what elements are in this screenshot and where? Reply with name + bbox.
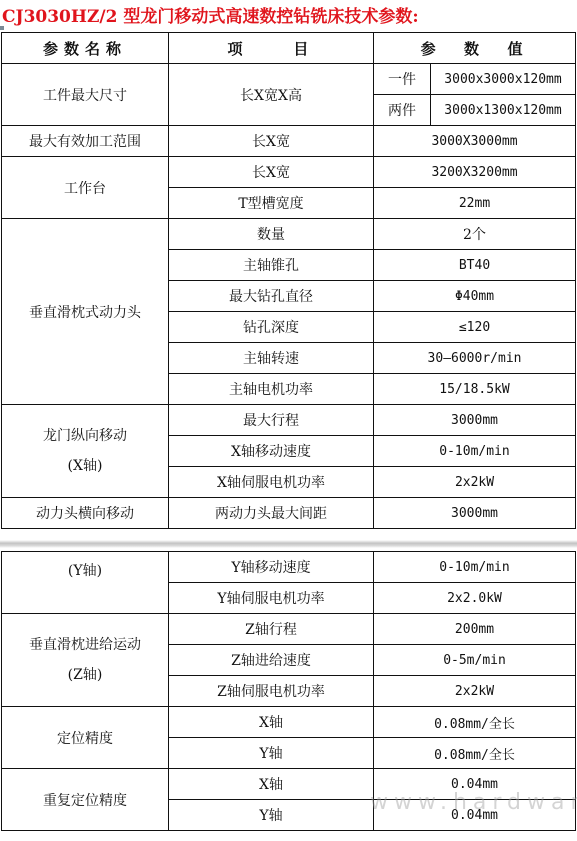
param-item: X轴伺服电机功率 — [169, 467, 374, 498]
param-value: 200mm — [374, 614, 576, 645]
param-name-line1: 龙门纵向移动 — [2, 421, 168, 451]
param-item: 主轴转速 — [169, 343, 374, 374]
sub-label: 两件 — [374, 95, 431, 126]
param-name: 垂直滑枕进给运动 (Z轴) — [2, 614, 169, 707]
param-value: 3000mm — [374, 405, 576, 436]
param-value: 0.04mm — [374, 800, 576, 831]
param-value: 22mm — [374, 188, 576, 219]
param-item: Z轴伺服电机功率 — [169, 676, 374, 707]
table-row: 工作台 长X宽 3200X3200mm — [2, 157, 576, 188]
table-row: 定位精度 X轴 0.08mm/全长 — [2, 707, 576, 738]
param-item: 长X宽 — [169, 126, 374, 157]
header-param-name: 参数名称 — [2, 33, 169, 64]
param-item: Z轴行程 — [169, 614, 374, 645]
param-name: 动力头横向移动 — [2, 498, 169, 529]
param-value: 0.08mm/全长 — [374, 707, 576, 738]
param-item: X轴 — [169, 769, 374, 800]
param-value: 2x2kW — [374, 676, 576, 707]
param-item: 长X宽X高 — [169, 64, 374, 126]
param-item: Y轴伺服电机功率 — [169, 583, 374, 614]
param-item: Y轴 — [169, 738, 374, 769]
table-row: 垂直滑枕进给运动 (Z轴) Z轴行程 200mm — [2, 614, 576, 645]
table-row: 龙门纵向移动 (X轴) 最大行程 3000mm — [2, 405, 576, 436]
table-header: 参数名称 项 目 参 数 值 — [2, 33, 576, 64]
param-name: 最大有效加工范围 — [2, 126, 169, 157]
param-item: Y轴 — [169, 800, 374, 831]
param-item: 主轴锥孔 — [169, 250, 374, 281]
param-value: Φ40mm — [374, 281, 576, 312]
param-name: 工作台 — [2, 157, 169, 219]
table-row: 动力头横向移动 两动力头最大间距 3000mm — [2, 498, 576, 529]
param-value: 3000mm — [374, 498, 576, 529]
param-item: 长X宽 — [169, 157, 374, 188]
sub-label: 一件 — [374, 64, 431, 95]
param-item: X轴移动速度 — [169, 436, 374, 467]
param-value: 2x2kW — [374, 467, 576, 498]
spec-table-part1: 参数名称 项 目 参 数 值 工件最大尺寸 长X宽X高 一件 3000x3000… — [1, 32, 576, 529]
param-value: 30—6000r/min — [374, 343, 576, 374]
param-item: 两动力头最大间距 — [169, 498, 374, 529]
header-value: 参 数 值 — [374, 33, 576, 64]
param-item: 最大行程 — [169, 405, 374, 436]
param-value: ≤120 — [374, 312, 576, 343]
param-value: 0-10m/min — [374, 436, 576, 467]
header-item: 项 目 — [169, 33, 374, 64]
param-name: 重复定位精度 — [2, 769, 169, 831]
table-row: 垂直滑枕式动力头 数量 2个 — [2, 219, 576, 250]
param-value: 0.08mm/全长 — [374, 738, 576, 769]
param-value: 0.04mm — [374, 769, 576, 800]
param-value: 15/18.5kW — [374, 374, 576, 405]
param-name-line2: (X轴) — [2, 451, 168, 481]
param-item: Y轴移动速度 — [169, 552, 374, 583]
table-row: 重复定位精度 X轴 0.04mm — [2, 769, 576, 800]
param-item: 主轴电机功率 — [169, 374, 374, 405]
param-item: 最大钻孔直径 — [169, 281, 374, 312]
param-name: 龙门纵向移动 (X轴) — [2, 405, 169, 498]
param-value: 2个 — [374, 219, 576, 250]
spec-table-part2: (Y轴) Y轴移动速度 0-10m/min Y轴伺服电机功率 2x2.0kW 垂… — [1, 551, 576, 831]
table-row: (Y轴) Y轴移动速度 0-10m/min — [2, 552, 576, 583]
param-name: 工件最大尺寸 — [2, 64, 169, 126]
param-name: (Y轴) — [2, 552, 169, 614]
table-row: 最大有效加工范围 长X宽 3000X3000mm — [2, 126, 576, 157]
param-name: 定位精度 — [2, 707, 169, 769]
page-break-divider — [0, 540, 577, 548]
param-name: 垂直滑枕式动力头 — [2, 219, 169, 405]
param-item: Z轴进给速度 — [169, 645, 374, 676]
param-value: 3000x1300x120mm — [431, 95, 576, 126]
param-value: 0-5m/min — [374, 645, 576, 676]
param-value: BT40 — [374, 250, 576, 281]
param-item: X轴 — [169, 707, 374, 738]
param-value: 0-10m/min — [374, 552, 576, 583]
param-value: 3000X3000mm — [374, 126, 576, 157]
bullet-marker — [0, 26, 4, 30]
param-item: 数量 — [169, 219, 374, 250]
param-name-line1: 垂直滑枕进给运动 — [2, 630, 168, 660]
table-row: 工件最大尺寸 长X宽X高 一件 3000x3000x120mm — [2, 64, 576, 95]
param-value: 3200X3200mm — [374, 157, 576, 188]
page-title: CJ3030HZ/2 型龙门移动式高速数控钻铣床技术参数: — [2, 2, 419, 27]
param-item: 钻孔深度 — [169, 312, 374, 343]
param-value: 3000x3000x120mm — [431, 64, 576, 95]
param-value: 2x2.0kW — [374, 583, 576, 614]
param-name-line2: (Z轴) — [2, 660, 168, 690]
param-item: T型槽宽度 — [169, 188, 374, 219]
